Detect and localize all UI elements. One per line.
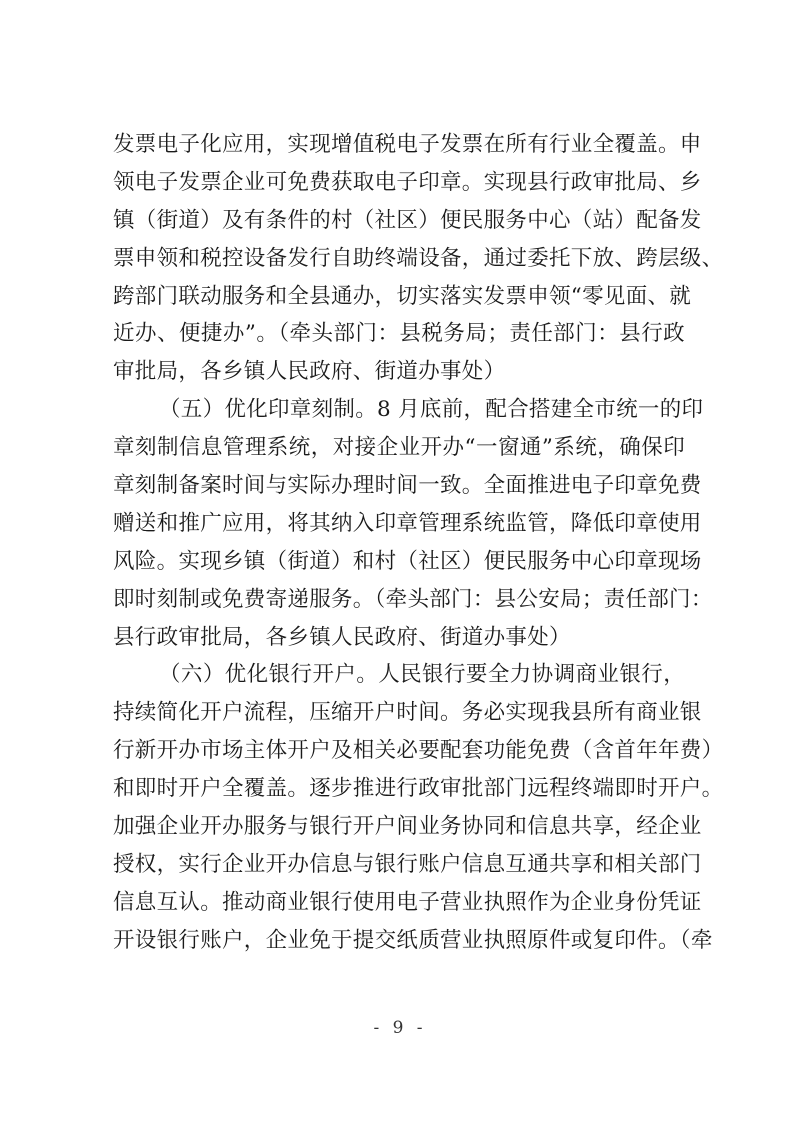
section-5-first-line: （五）优化印章刻制。8 月底前，配合搭建全市统一的印	[113, 391, 685, 429]
paragraph-line: 跨部门联动服务和全县通办，切实落实发票申领“零见面、就	[113, 278, 685, 316]
paragraph-line: 审批局，各乡镇人民政府、街道办事处）	[113, 353, 685, 391]
paragraph-line: 信息互认。推动商业银行使用电子营业执照作为企业身份凭证	[113, 884, 685, 922]
paragraph-line: 章刻制备案时间与实际办理时间一致。全面推进电子印章免费	[113, 467, 685, 505]
paragraph-line: 即时刻制或免费寄递服务。（牵头部门：县公安局；责任部门：	[113, 581, 685, 619]
paragraph-line: 领电子发票企业可免费获取电子印章。实现县行政审批局、乡	[113, 164, 685, 202]
paragraph-line: 持续简化开户流程，压缩开户时间。务必实现我县所有商业银	[113, 694, 685, 732]
section-5-text: 8 月底前，配合搭建全市统一的印	[377, 397, 703, 422]
section-6-first-line: （六）优化银行开户。人民银行要全力协调商业银行，	[113, 656, 685, 694]
paragraph-line: 风险。实现乡镇（街道）和村（社区）便民服务中心印章现场	[113, 543, 685, 581]
section-6-heading: （六）优化银行开户。	[159, 662, 378, 687]
paragraph-line: 和即时开户全覆盖。逐步推进行政审批部门远程终端即时开户。	[113, 770, 685, 808]
page-number: - 9 -	[0, 1018, 800, 1038]
document-page: 发票电子化应用，实现增值税电子发票在所有行业全覆盖。申 领电子发票企业可免费获取…	[0, 0, 800, 1132]
paragraph-line: 章刻制信息管理系统，对接企业开办“一窗通”系统，确保印	[113, 429, 685, 467]
paragraph-line: 镇（街道）及有条件的村（社区）便民服务中心（站）配备发	[113, 202, 685, 240]
paragraph-line: 发票电子化应用，实现增值税电子发票在所有行业全覆盖。申	[113, 126, 685, 164]
paragraph-line: 行新开办市场主体开户及相关必要配套功能免费（含首年年费）	[113, 732, 685, 770]
paragraph-line: 开设银行账户，企业免于提交纸质营业执照原件或复印件。（牵	[113, 922, 685, 960]
document-body: 发票电子化应用，实现增值税电子发票在所有行业全覆盖。申 领电子发票企业可免费获取…	[113, 126, 685, 960]
paragraph-line: 票申领和税控设备发行自助终端设备，通过委托下放、跨层级、	[113, 240, 685, 278]
paragraph-line: 授权，实行企业开办信息与银行账户信息互通共享和相关部门	[113, 846, 685, 884]
paragraph-line: 近办、便捷办”。（牵头部门：县税务局；责任部门：县行政	[113, 315, 685, 353]
paragraph-line: 赠送和推广应用，将其纳入印章管理系统监管，降低印章使用	[113, 505, 685, 543]
section-5-heading: （五）优化印章刻制。	[159, 397, 377, 422]
section-6-text: 人民银行要全力协调商业银行，	[378, 662, 685, 687]
paragraph-line: 县行政审批局，各乡镇人民政府、街道办事处）	[113, 619, 685, 657]
paragraph-line: 加强企业开办服务与银行开户间业务协同和信息共享，经企业	[113, 808, 685, 846]
